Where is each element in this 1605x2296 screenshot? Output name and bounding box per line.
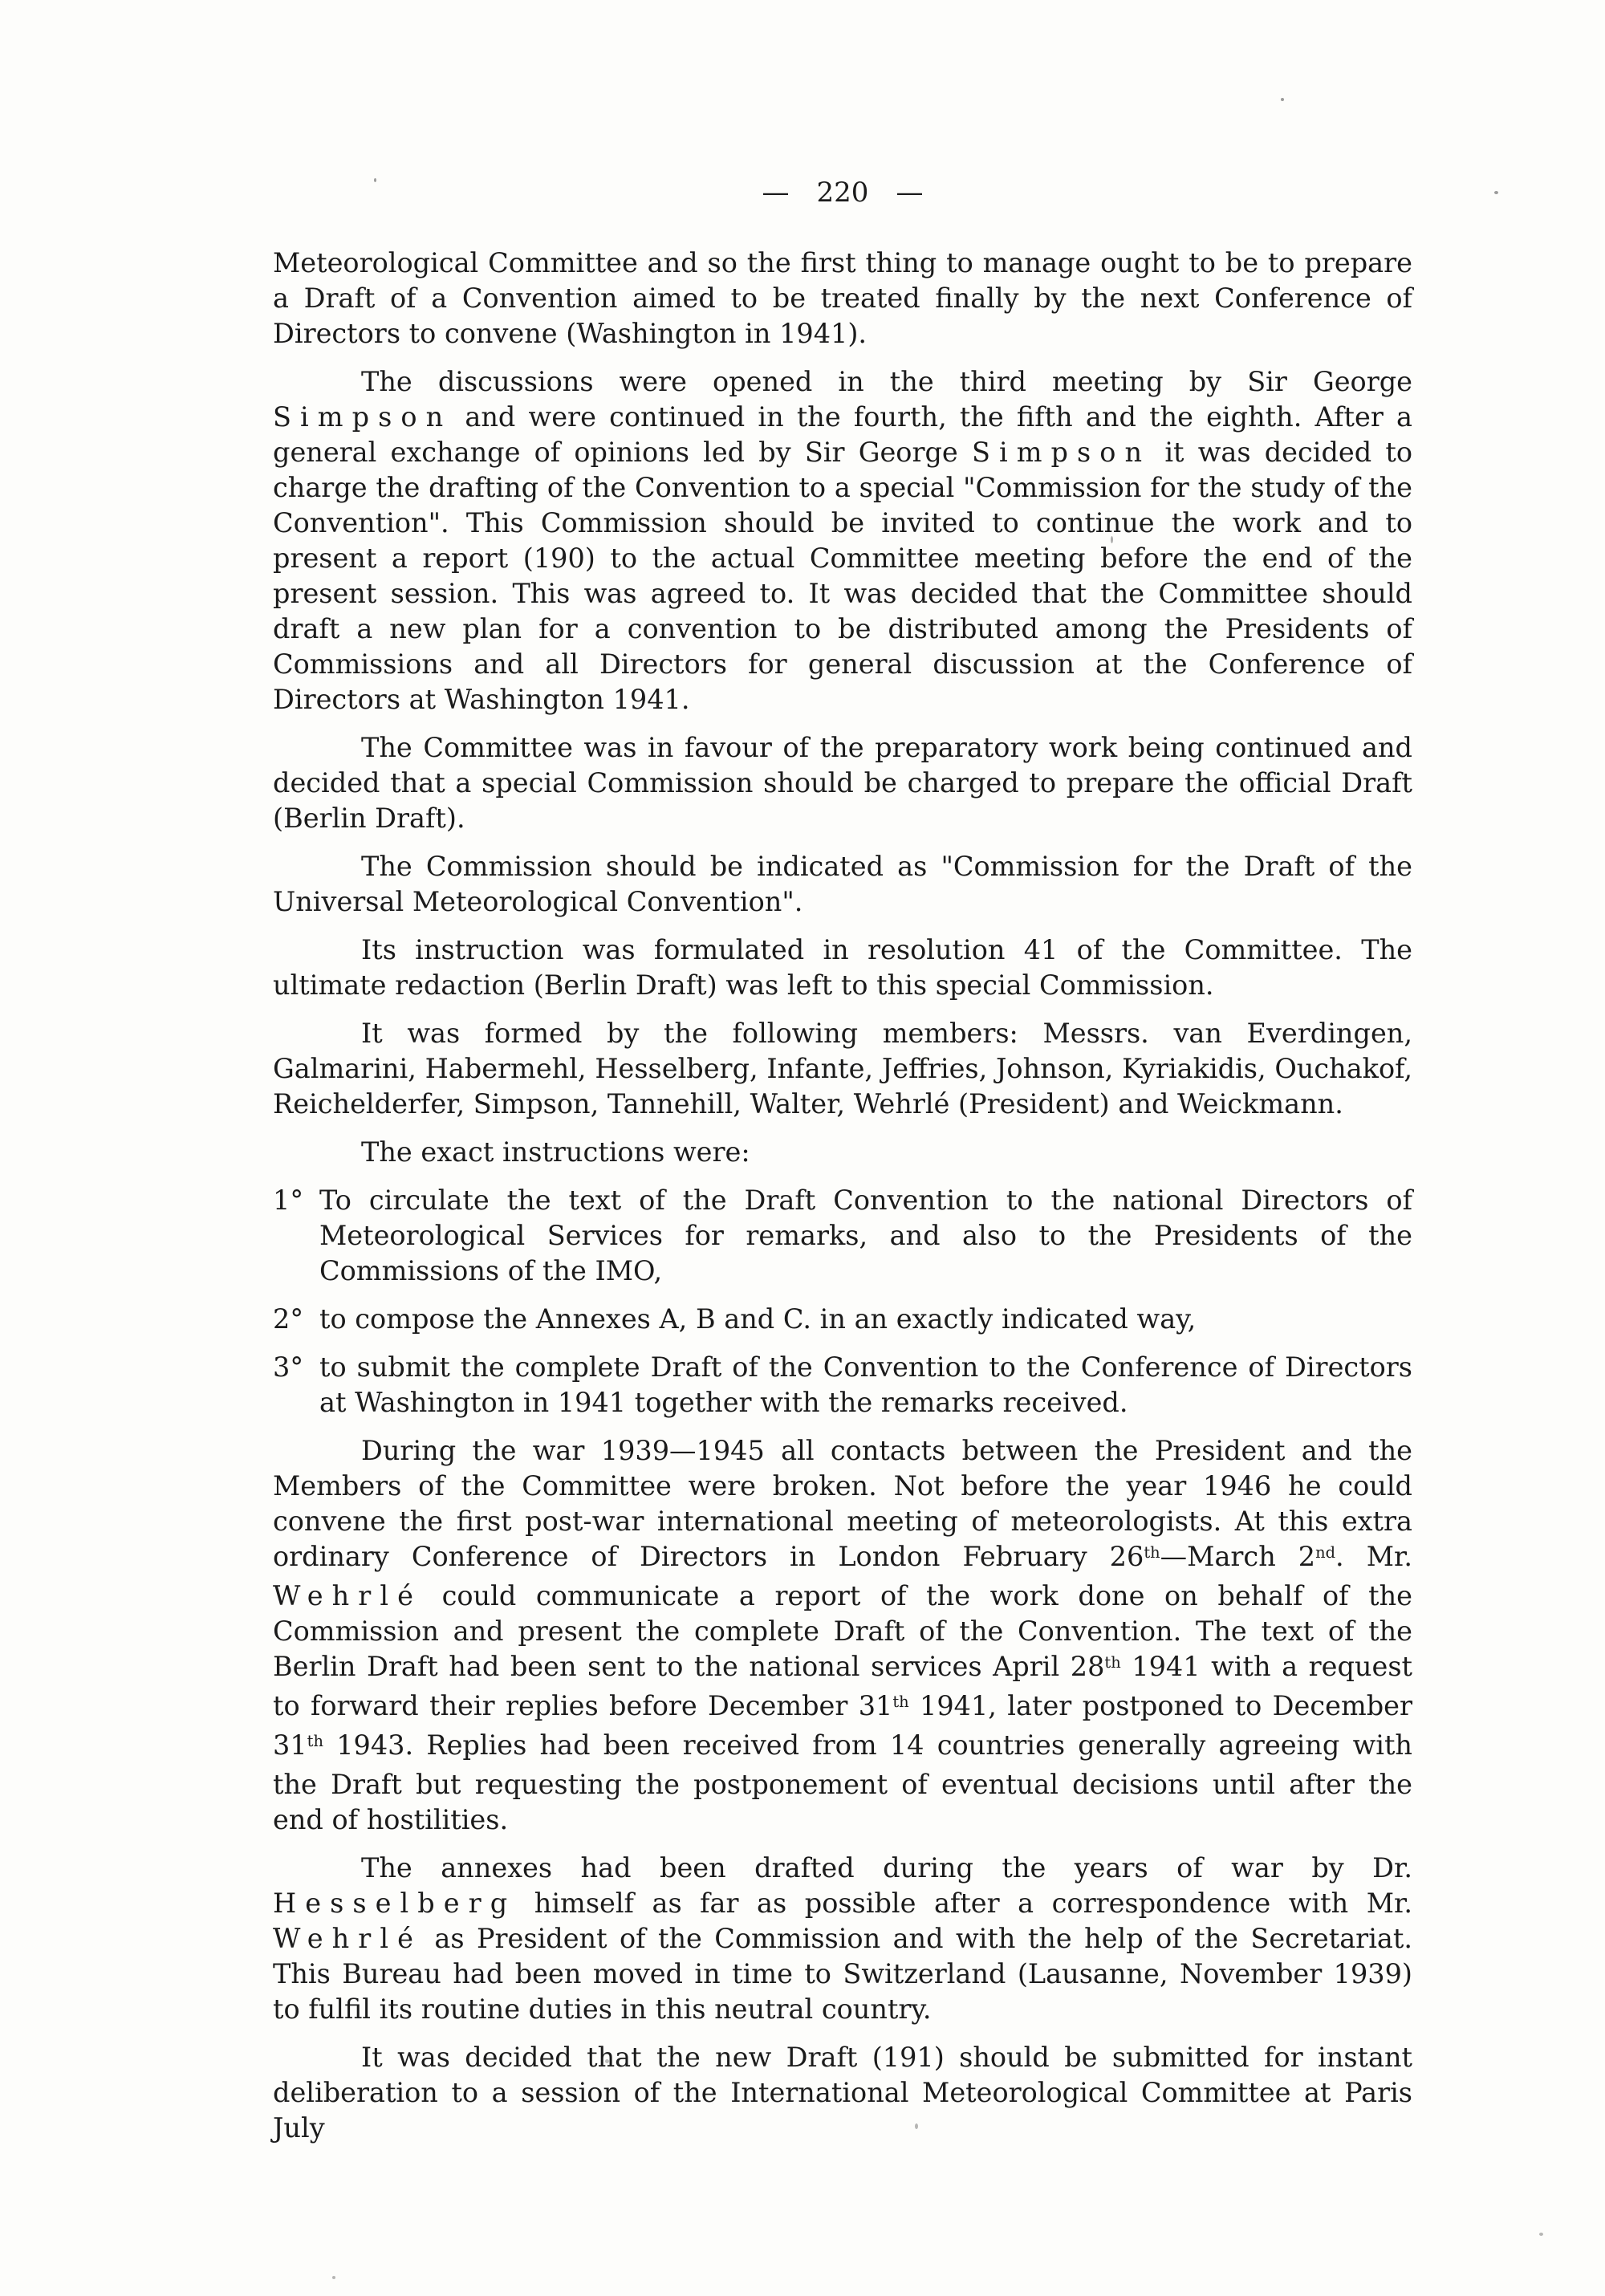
text-run: it was decided to charge the drafting of… [273,437,1412,715]
text-run: The Committee was in favour of the prepa… [273,732,1412,834]
ordinal-superscript: th [1144,1543,1160,1562]
text-run: Its instruction was formulated in resolu… [273,934,1412,1001]
paragraph: Its instruction was formulated in resolu… [273,933,1412,1003]
scan-speck [1281,98,1284,101]
scan-speck [1539,2233,1543,2236]
text-run: Meteorological Committee and so the firs… [273,247,1412,349]
document-body: Meteorological Committee and so the firs… [273,246,1412,2146]
scan-speck [915,2123,918,2129]
text-run: to compose the Annexes A, B and C. in an… [319,1303,1196,1335]
page-header: —220— [273,175,1412,210]
list-item: 1°To circulate the text of the Draft Con… [273,1183,1412,1289]
list-marker: 1° [273,1183,303,1218]
scan-speck [1111,536,1113,543]
text-run: . Mr. [1335,1541,1412,1572]
scan-speck [332,2276,335,2279]
text-run: The Commission should be indicated as "C… [273,851,1412,917]
paragraph: During the war 1939—1945 all contacts be… [273,1433,1412,1838]
text-run: The exact instructions were: [361,1136,750,1168]
ordinal-superscript: nd [1315,1543,1335,1562]
text-run: 1943. Replies had been received from 14 … [273,1729,1412,1835]
spaced-name: Wehrlé [273,1923,422,1954]
text-run: To circulate the text of the Draft Conve… [319,1185,1412,1286]
text-run: to submit the complete Draft of the Conv… [319,1351,1412,1418]
list-marker: 3° [273,1350,303,1385]
scan-speck [605,2059,609,2063]
text-run: himself as far as possible after a corre… [516,1888,1412,1919]
paragraph: The annexes had been drafted during the … [273,1851,1412,2027]
scan-speck [1494,191,1498,194]
text-run: It was formed by the following members: … [273,1018,1412,1120]
spaced-name: Simpson [273,401,452,433]
paragraph: It was formed by the following members: … [273,1016,1412,1122]
scanned-document-page: —220— Meteorological Committee and so th… [0,0,1605,2296]
paragraph: The Commission should be indicated as "C… [273,849,1412,920]
text-run: The discussions were opened in the third… [361,366,1412,397]
text-run: —March 2 [1160,1541,1315,1572]
page-number-dash-left: — [762,177,790,209]
page-number-dash-right: — [896,177,923,209]
paragraph: Meteorological Committee and so the firs… [273,246,1412,352]
list-item: 2°to compose the Annexes A, B and C. in … [273,1302,1412,1337]
ordinal-superscript: th [1104,1653,1120,1672]
paragraph: The exact instructions were: [273,1135,1412,1170]
spaced-name: Hesselberg [273,1888,516,1919]
ordinal-superscript: th [892,1693,908,1711]
paragraph: It was decided that the new Draft (191) … [273,2040,1412,2146]
scan-speck [374,178,376,182]
page-number: 220 [817,175,869,210]
text-run: It was decided that the new Draft (191) … [273,2042,1412,2144]
paragraph: The discussions were opened in the third… [273,364,1412,717]
paragraph: The Committee was in favour of the prepa… [273,730,1412,836]
text-run: as President of the Commission and with … [273,1923,1412,2025]
ordinal-superscript: th [307,1732,323,1750]
list-marker: 2° [273,1302,303,1337]
spaced-name: Simpson [972,437,1151,468]
spaced-name: Wehrlé [273,1580,422,1611]
list-item: 3°to submit the complete Draft of the Co… [273,1350,1412,1420]
text-run: The annexes had been drafted during the … [361,1852,1412,1884]
